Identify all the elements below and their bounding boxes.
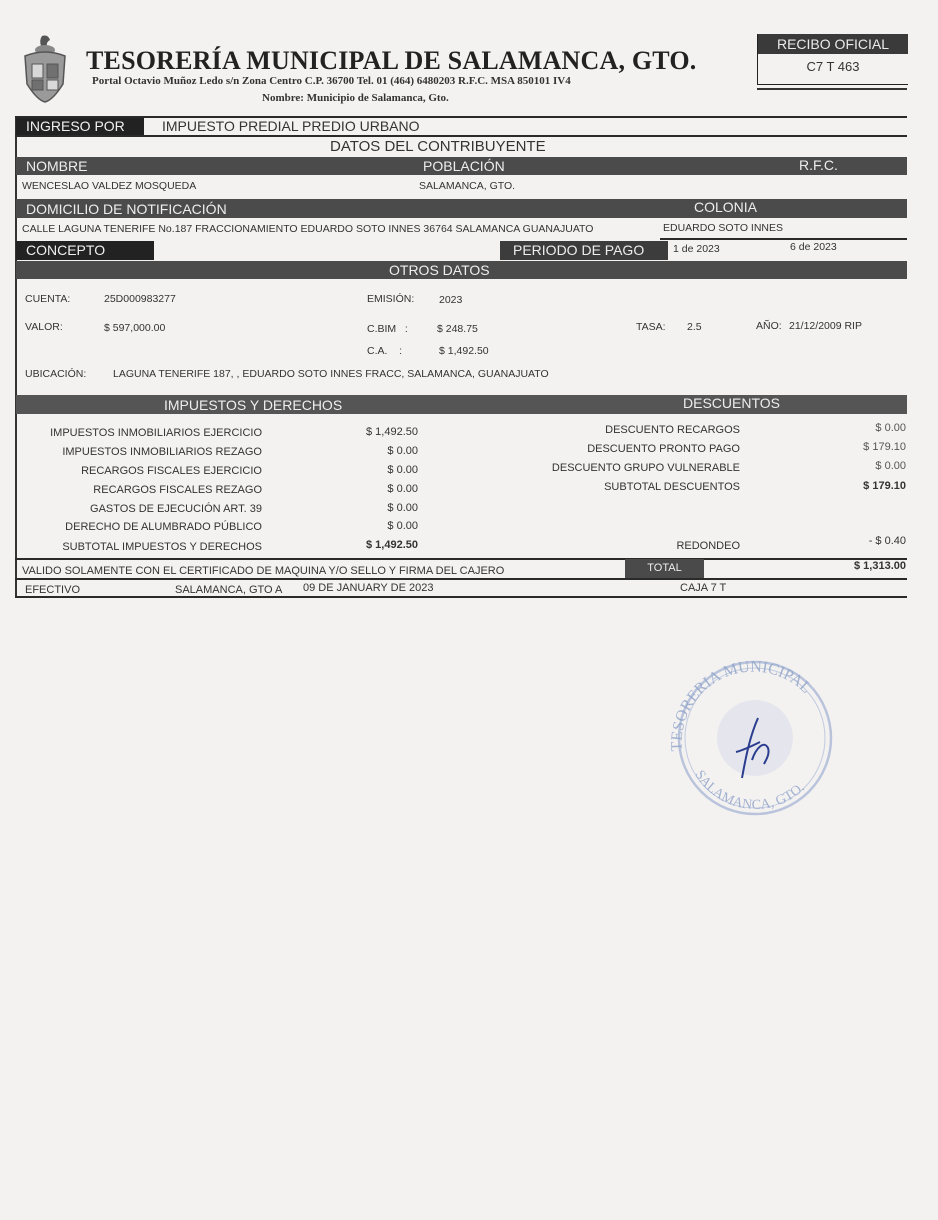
impuestos-subtotal-value: $ 1,492.50: [330, 539, 418, 551]
emision-label: EMISIÓN:: [367, 293, 414, 305]
periodo-desde: 1 de 2023: [673, 243, 720, 255]
anio-label: AÑO:: [756, 320, 782, 332]
fecha: 09 DE JANUARY DE 2023: [303, 582, 433, 594]
rfc-label: R.F.C.: [799, 157, 838, 174]
divider: [15, 596, 907, 598]
emision-value: 2023: [439, 294, 462, 306]
periodo-label: PERIODO DE PAGO: [500, 241, 668, 260]
impuesto-label: GASTOS DE EJECUCIÓN ART. 39: [20, 503, 262, 515]
cuenta-value: 25D000983277: [104, 293, 176, 305]
redondeo-label: REDONDEO: [600, 540, 740, 552]
cuenta-label: CUENTA:: [25, 293, 70, 305]
receipt-label: RECIBO OFICIAL: [758, 34, 908, 54]
impuesto-amount: $ 0.00: [330, 502, 418, 514]
domicilio-header-bar: DOMICILIO DE NOTIFICACIÓN COLONIA: [16, 199, 907, 218]
descuentos-title: DESCUENTOS: [683, 395, 780, 412]
descuento-label: DESCUENTO PRONTO PAGO: [480, 443, 740, 455]
ubicacion-value: LAGUNA TENERIFE 187, , EDUARDO SOTO INNE…: [113, 368, 549, 380]
tasa-label: TASA:: [636, 321, 666, 333]
impuesto-label: DERECHO DE ALUMBRADO PÚBLICO: [20, 521, 262, 533]
receipt-box: RECIBO OFICIAL C7 T 463: [757, 34, 908, 85]
impuesto-amount: $ 0.00: [330, 520, 418, 532]
ingreso-value: IMPUESTO PREDIAL PREDIO URBANO: [162, 118, 420, 135]
otros-datos-title: OTROS DATOS: [389, 262, 490, 279]
caja: CAJA 7 T: [680, 582, 726, 594]
total-value: $ 1,313.00: [800, 560, 906, 572]
impuesto-amount: $ 0.00: [330, 445, 418, 457]
colonia-value: EDUARDO SOTO INNES: [663, 222, 783, 234]
divider: [660, 238, 907, 240]
contribuyente-section-title: DATOS DEL CONTRIBUYENTE: [330, 138, 546, 155]
descuento-label: DESCUENTO GRUPO VULNERABLE: [480, 462, 740, 474]
otros-datos-header-bar: OTROS DATOS: [16, 261, 907, 279]
anio-value: 21/12/2009 RIP: [789, 320, 862, 332]
divider: [757, 88, 907, 90]
impuesto-amount: $ 0.00: [330, 483, 418, 495]
municipal-crest-icon: [20, 34, 70, 104]
impuesto-label: RECARGOS FISCALES REZAGO: [20, 484, 262, 496]
poblacion-value: SALAMANCA, GTO.: [419, 180, 515, 192]
domicilio-label: DOMICILIO DE NOTIFICACIÓN: [26, 201, 227, 218]
redondeo-value: - $ 0.40: [810, 535, 906, 547]
ca-label: C.A. :: [367, 345, 402, 357]
valor-label: VALOR:: [25, 321, 63, 333]
total-label: TOTAL: [625, 559, 704, 578]
domicilio-value: CALLE LAGUNA TENERIFE No.187 FRACCIONAMI…: [22, 223, 593, 235]
impuesto-amount: $ 0.00: [330, 464, 418, 476]
descuento-label: DESCUENTO RECARGOS: [480, 424, 740, 436]
poblacion-label: POBLACIÓN: [423, 158, 505, 175]
validez-note: VALIDO SOLAMENTE CON EL CERTIFICADO DE M…: [22, 565, 504, 577]
divider: [15, 116, 907, 118]
tasa-value: 2.5: [687, 321, 702, 333]
ingreso-label: INGRESO POR: [16, 118, 144, 135]
descuento-amount: $ 179.10: [810, 441, 906, 453]
concepto-label: CONCEPTO: [16, 241, 154, 260]
municipality-name: Nombre: Municipio de Salamanca, Gto.: [262, 92, 449, 104]
official-seal-stamp: TESORERIA MUNICIPAL SALAMANCA, GTO.: [660, 656, 845, 816]
ca-value: $ 1,492.50: [439, 345, 489, 357]
periodo-hasta: 6 de 2023: [790, 241, 837, 253]
impuestos-subtotal-label: SUBTOTAL IMPUESTOS Y DERECHOS: [20, 541, 262, 553]
impuesto-label: IMPUESTOS INMOBILIARIOS EJERCICIO: [20, 427, 262, 439]
nombre-label: NOMBRE: [26, 158, 87, 175]
divider: [15, 558, 907, 560]
valor-value: $ 597,000.00: [104, 322, 165, 334]
treasury-address: Portal Octavio Muñoz Ledo s/n Zona Centr…: [92, 75, 571, 87]
impuesto-amount: $ 1,492.50: [330, 426, 418, 438]
descuentos-subtotal-value: $ 179.10: [810, 480, 906, 492]
impuestos-descuentos-header-bar: IMPUESTOS Y DERECHOS DESCUENTOS: [16, 395, 907, 414]
descuento-amount: $ 0.00: [810, 460, 906, 472]
treasury-title: TESORERÍA MUNICIPAL DE SALAMANCA, GTO.: [86, 46, 697, 76]
descuento-amount: $ 0.00: [810, 422, 906, 434]
impuesto-label: IMPUESTOS INMOBILIARIOS REZAGO: [20, 446, 262, 458]
contribuyente-header-bar: NOMBRE POBLACIÓN R.F.C.: [16, 157, 907, 175]
frame-border: [15, 118, 17, 596]
divider: [15, 135, 907, 137]
cbim-value: $ 248.75: [437, 323, 478, 335]
nombre-value: WENCESLAO VALDEZ MOSQUEDA: [22, 180, 196, 192]
cbim-label: C.BIM :: [367, 323, 408, 335]
ubicacion-label: UBICACIÓN:: [25, 368, 86, 380]
impuestos-title: IMPUESTOS Y DERECHOS: [164, 397, 342, 414]
receipt-number: C7 T 463: [758, 54, 908, 80]
lugar: SALAMANCA, GTO A: [175, 584, 282, 596]
divider: [15, 578, 907, 580]
forma-pago: EFECTIVO: [25, 584, 80, 596]
colonia-label: COLONIA: [694, 199, 757, 216]
descuentos-subtotal-label: SUBTOTAL DESCUENTOS: [480, 481, 740, 493]
impuesto-label: RECARGOS FISCALES EJERCICIO: [20, 465, 262, 477]
